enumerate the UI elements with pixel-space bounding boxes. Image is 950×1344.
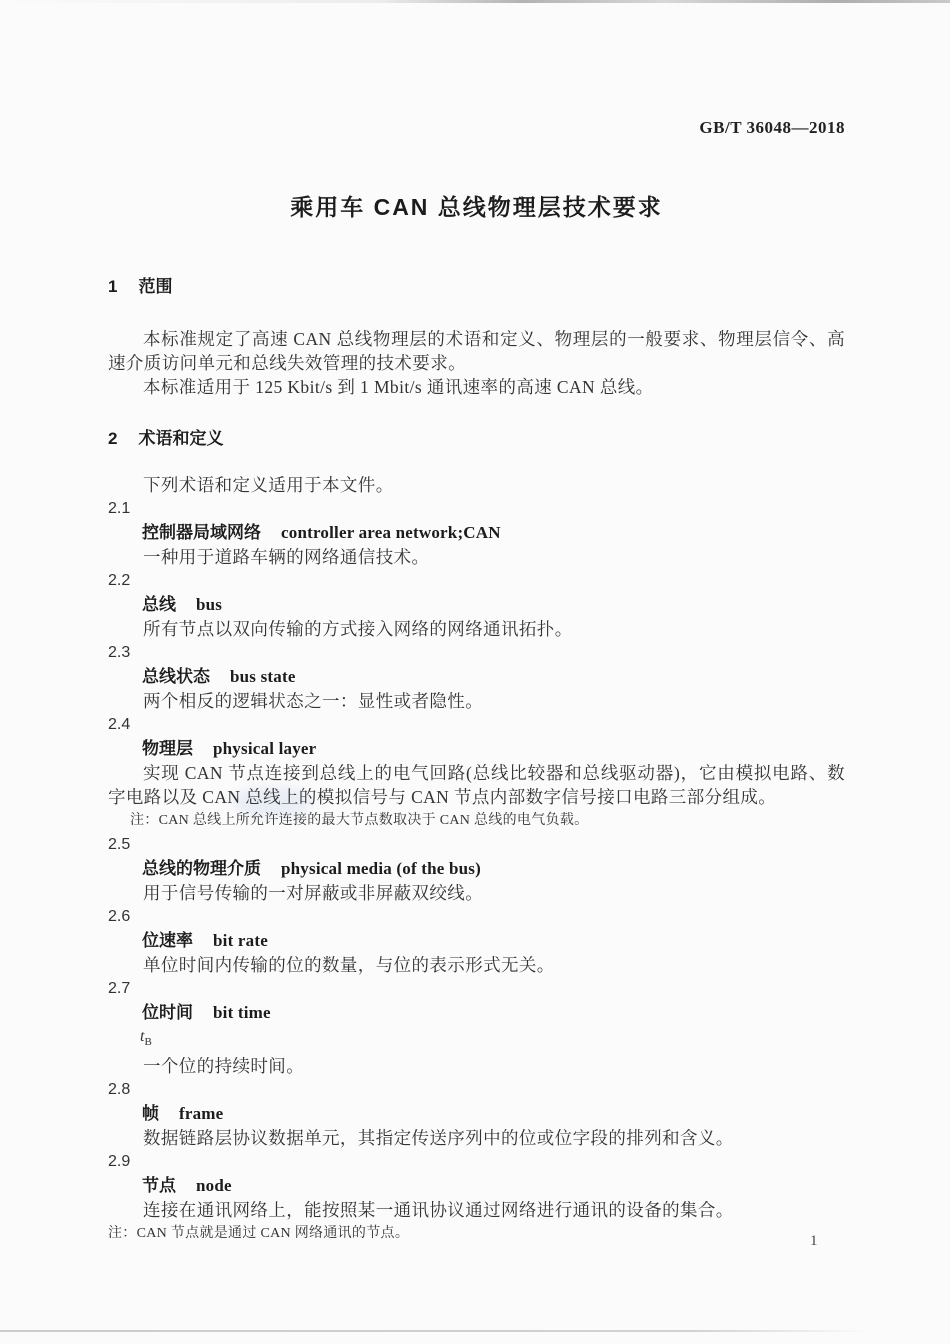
term-number: 2.2 [108, 569, 845, 593]
term-number: 2.5 [108, 833, 845, 857]
term-number: 2.1 [108, 497, 845, 521]
term-label: 位速率bit rate [108, 929, 845, 953]
term-number: 2.3 [108, 641, 845, 665]
term-entry: 2.2 总线bus 所有节点以双向传输的方式接入网络的网络通讯拓扑。 [108, 569, 845, 641]
term-name-en: bit time [213, 1003, 271, 1022]
term-entry: 2.5 总线的物理介质physical media (of the bus) 用… [108, 833, 845, 905]
section-title: 范围 [138, 277, 172, 296]
section-terms-heading: 2术语和定义 [108, 427, 845, 451]
document-page: GB/T 36048—2018 乘用车 CAN 总线物理层技术要求 1范围 本标… [0, 0, 950, 1344]
term-name-zh: 总线的物理介质 [142, 859, 261, 878]
term-label: 帧frame [108, 1102, 845, 1126]
symbol-subscript: B [144, 1036, 151, 1048]
term-name-zh: 位时间 [142, 1003, 193, 1022]
term-number: 2.8 [108, 1078, 845, 1102]
term-label: 总线状态bus state [108, 665, 845, 689]
document-title: 乘用车 CAN 总线物理层技术要求 [108, 191, 845, 223]
page-content: GB/T 36048—2018 乘用车 CAN 总线物理层技术要求 1范围 本标… [0, 0, 950, 1246]
term-definition: 所有节点以双向传输的方式接入网络的网络通讯拓扑。 [108, 617, 845, 641]
term-name-zh: 位速率 [142, 931, 193, 950]
term-name-zh: 物理层 [142, 739, 193, 758]
term-name-en: controller area network;CAN [281, 523, 501, 542]
term-note: 注：CAN 节点就是通过 CAN 网络通讯的节点。 [108, 1222, 845, 1246]
term-name-zh: 帧 [142, 1104, 159, 1123]
term-label: 总线的物理介质physical media (of the bus) [108, 857, 845, 881]
terms-intro: 下列术语和定义适用于本文件。 [108, 473, 845, 497]
term-name-zh: 节点 [142, 1176, 176, 1195]
term-entry: 2.6 位速率bit rate 单位时间内传输的位的数量，与位的表示形式无关。 [108, 905, 845, 977]
term-label: 总线bus [108, 593, 845, 617]
scope-paragraph-2: 本标准适用于 125 Kbit/s 到 1 Mbit/s 通讯速率的高速 CAN… [108, 375, 845, 399]
section-number: 1 [108, 275, 117, 299]
scan-artifact-bottom [0, 1330, 868, 1332]
term-name-en: bus state [230, 667, 296, 686]
term-entry: 2.4 物理层physical layer 实现 CAN 节点连接到总线上的电气… [108, 713, 845, 833]
term-note: 注：CAN 总线上所允许连接的最大节点数取决于 CAN 总线的电气负载。 [130, 809, 845, 833]
term-entry: 2.8 帧frame 数据链路层协议数据单元，其指定传送序列中的位或位字段的排列… [108, 1078, 845, 1150]
term-number: 2.6 [108, 905, 845, 929]
term-definition: 两个相反的逻辑状态之一：显性或者隐性。 [108, 689, 845, 713]
term-definition: 一个位的持续时间。 [108, 1054, 845, 1078]
term-number: 2.9 [108, 1150, 845, 1174]
term-label: 节点node [108, 1174, 845, 1198]
term-label: 控制器局域网络controller area network;CAN [108, 521, 845, 545]
term-definition: 实现 CAN 节点连接到总线上的电气回路(总线比较器和总线驱动器)，它由模拟电路… [108, 761, 845, 809]
term-number: 2.7 [108, 977, 845, 1001]
term-definition: 连接在通讯网络上，能按照某一通讯协议通过网络进行通讯的设备的集合。 [108, 1198, 845, 1222]
term-name-zh: 总线状态 [142, 667, 210, 686]
standard-code: GB/T 36048—2018 [108, 116, 845, 140]
section-scope-heading: 1范围 [108, 275, 845, 299]
term-definition: 一种用于道路车辆的网络通信技术。 [108, 545, 845, 569]
page-number: 1 [810, 1233, 818, 1250]
term-name-en: bus [196, 595, 222, 614]
term-name-en: bit rate [213, 931, 268, 950]
term-entry: 2.3 总线状态bus state 两个相反的逻辑状态之一：显性或者隐性。 [108, 641, 845, 713]
term-name-zh: 总线 [142, 595, 176, 614]
section-number: 2 [108, 427, 117, 451]
term-name-en: physical media (of the bus) [281, 859, 481, 878]
section-title: 术语和定义 [138, 429, 223, 448]
term-definition: 用于信号传输的一对屏蔽或非屏蔽双绞线。 [108, 881, 845, 905]
term-entry: 2.7 位时间bit time tB 一个位的持续时间。 [108, 977, 845, 1078]
term-name-en: frame [179, 1104, 223, 1123]
term-name-en: node [196, 1176, 232, 1195]
term-entry: 2.9 节点node 连接在通讯网络上，能按照某一通讯协议通过网络进行通讯的设备… [108, 1150, 845, 1246]
term-number: 2.4 [108, 713, 845, 737]
term-definition: 数据链路层协议数据单元，其指定传送序列中的位或位字段的排列和含义。 [108, 1126, 845, 1150]
term-label: 位时间bit time [108, 1001, 845, 1025]
term-name-zh: 控制器局域网络 [142, 523, 261, 542]
term-name-en: physical layer [213, 739, 316, 758]
term-label: 物理层physical layer [108, 737, 845, 761]
term-symbol: tB [108, 1025, 845, 1054]
term-definition: 单位时间内传输的位的数量，与位的表示形式无关。 [108, 953, 845, 977]
scope-paragraph-1: 本标准规定了高速 CAN 总线物理层的术语和定义、物理层的一般要求、物理层信令、… [108, 327, 845, 375]
term-entry: 2.1 控制器局域网络controller area network;CAN 一… [108, 497, 845, 569]
